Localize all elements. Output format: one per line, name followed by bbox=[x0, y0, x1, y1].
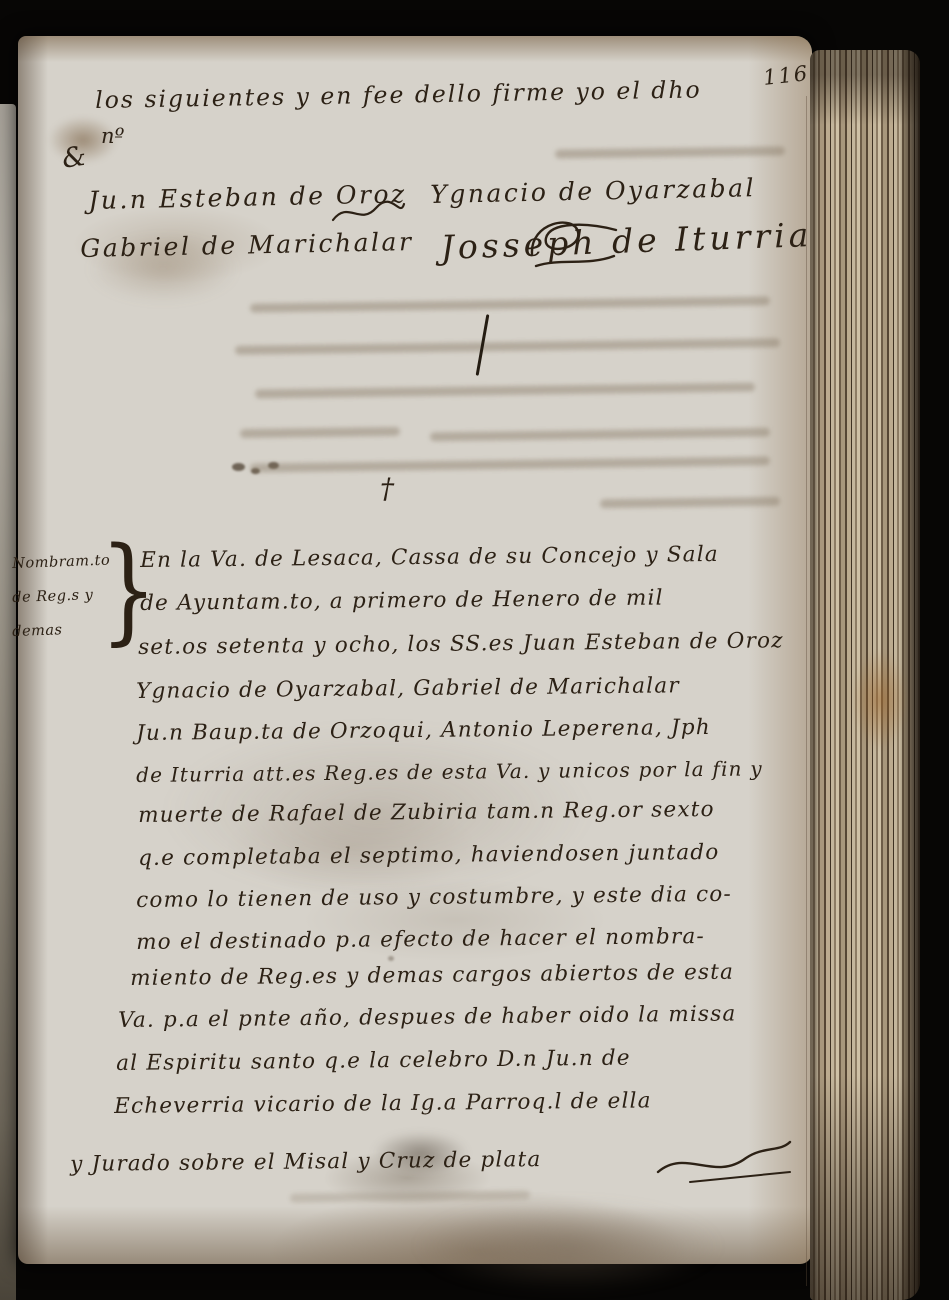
ink-blot bbox=[388, 956, 394, 961]
body-line: Va. p.a el pnte año, despues de haber oi… bbox=[118, 1002, 737, 1033]
signature-ygnacio-de-oyarzabal: Ygnacio de Oyarzabal bbox=[430, 173, 756, 209]
body-line: de Ayuntam.to, a primero de Henero de mi… bbox=[140, 586, 664, 616]
body-line: muerte de Rafael de Zubiria tam.n Reg.or… bbox=[138, 797, 715, 828]
body-line: miento de Reg.es y demas cargos abiertos… bbox=[130, 960, 734, 991]
margin-note-line: Nombram.to bbox=[12, 553, 110, 572]
bleed-through-text bbox=[290, 1190, 530, 1202]
rubric-flourish bbox=[330, 196, 408, 230]
margin-note-line: demas bbox=[12, 622, 63, 640]
folio-number: 116 bbox=[762, 61, 810, 90]
body-line: al Espiritu santo q.e la celebro D.n Ju.… bbox=[116, 1046, 631, 1076]
facing-page-edge bbox=[0, 104, 16, 1300]
closing-abbreviation: nº bbox=[101, 124, 124, 148]
ink-blot bbox=[232, 463, 245, 471]
stain-bottom-smudge bbox=[418, 1201, 718, 1291]
body-line: mo el destinado p.a efecto de hacer el n… bbox=[136, 924, 705, 955]
fore-edge-stain bbox=[852, 650, 908, 750]
bleed-through-text bbox=[555, 146, 785, 158]
rubric-paraph bbox=[526, 208, 622, 274]
body-line: de Iturria att.es Reg.es de esta Va. y u… bbox=[136, 756, 763, 787]
bleed-through-text bbox=[240, 427, 400, 438]
cross-icon: † bbox=[380, 472, 394, 505]
bleed-through-text bbox=[255, 383, 755, 399]
page-crease bbox=[806, 96, 807, 1286]
bleed-through-text bbox=[235, 338, 780, 355]
body-line: En la Va. de Lesaca, Cassa de su Concejo… bbox=[140, 542, 719, 573]
body-line: Echeverria vicario de la Ig.a Parroq.l d… bbox=[114, 1088, 652, 1119]
closing-line: los siguientes y en fee dello firme yo e… bbox=[95, 75, 702, 114]
bleed-through-text bbox=[250, 296, 770, 312]
end-flourish bbox=[656, 1138, 796, 1190]
signature-josseph-de-iturria: Josseph de Iturria bbox=[440, 215, 813, 267]
body-line: y Jurado sobre el Misal y Cruz de plata bbox=[70, 1147, 542, 1177]
manuscript-page: 116 los siguientes y en fee dello firme … bbox=[18, 36, 812, 1264]
body-line: q.e completaba el septimo, haviendosen j… bbox=[138, 840, 720, 871]
signature-gabriel-de-marichalar: Gabriel de Marichalar bbox=[80, 227, 414, 263]
margin-note-line: de Reg.s y bbox=[12, 587, 94, 606]
body-line: set.os setenta y ocho, los SS.es Juan Es… bbox=[138, 628, 784, 660]
bleed-through-text bbox=[600, 497, 780, 509]
body-line: como lo tienen de uso y costumbre, y est… bbox=[136, 882, 732, 913]
notary-flourish: & bbox=[60, 141, 88, 175]
body-line: Ygnacio de Oyarzabal, Gabriel de Maricha… bbox=[136, 673, 680, 704]
body-line: Ju.n Baup.ta de Orzoqui, Antonio Leperen… bbox=[136, 715, 711, 746]
bleed-through-text bbox=[430, 428, 770, 442]
bleed-through-text bbox=[250, 456, 770, 472]
manuscript-photo: 116 los siguientes y en fee dello firme … bbox=[0, 0, 949, 1300]
